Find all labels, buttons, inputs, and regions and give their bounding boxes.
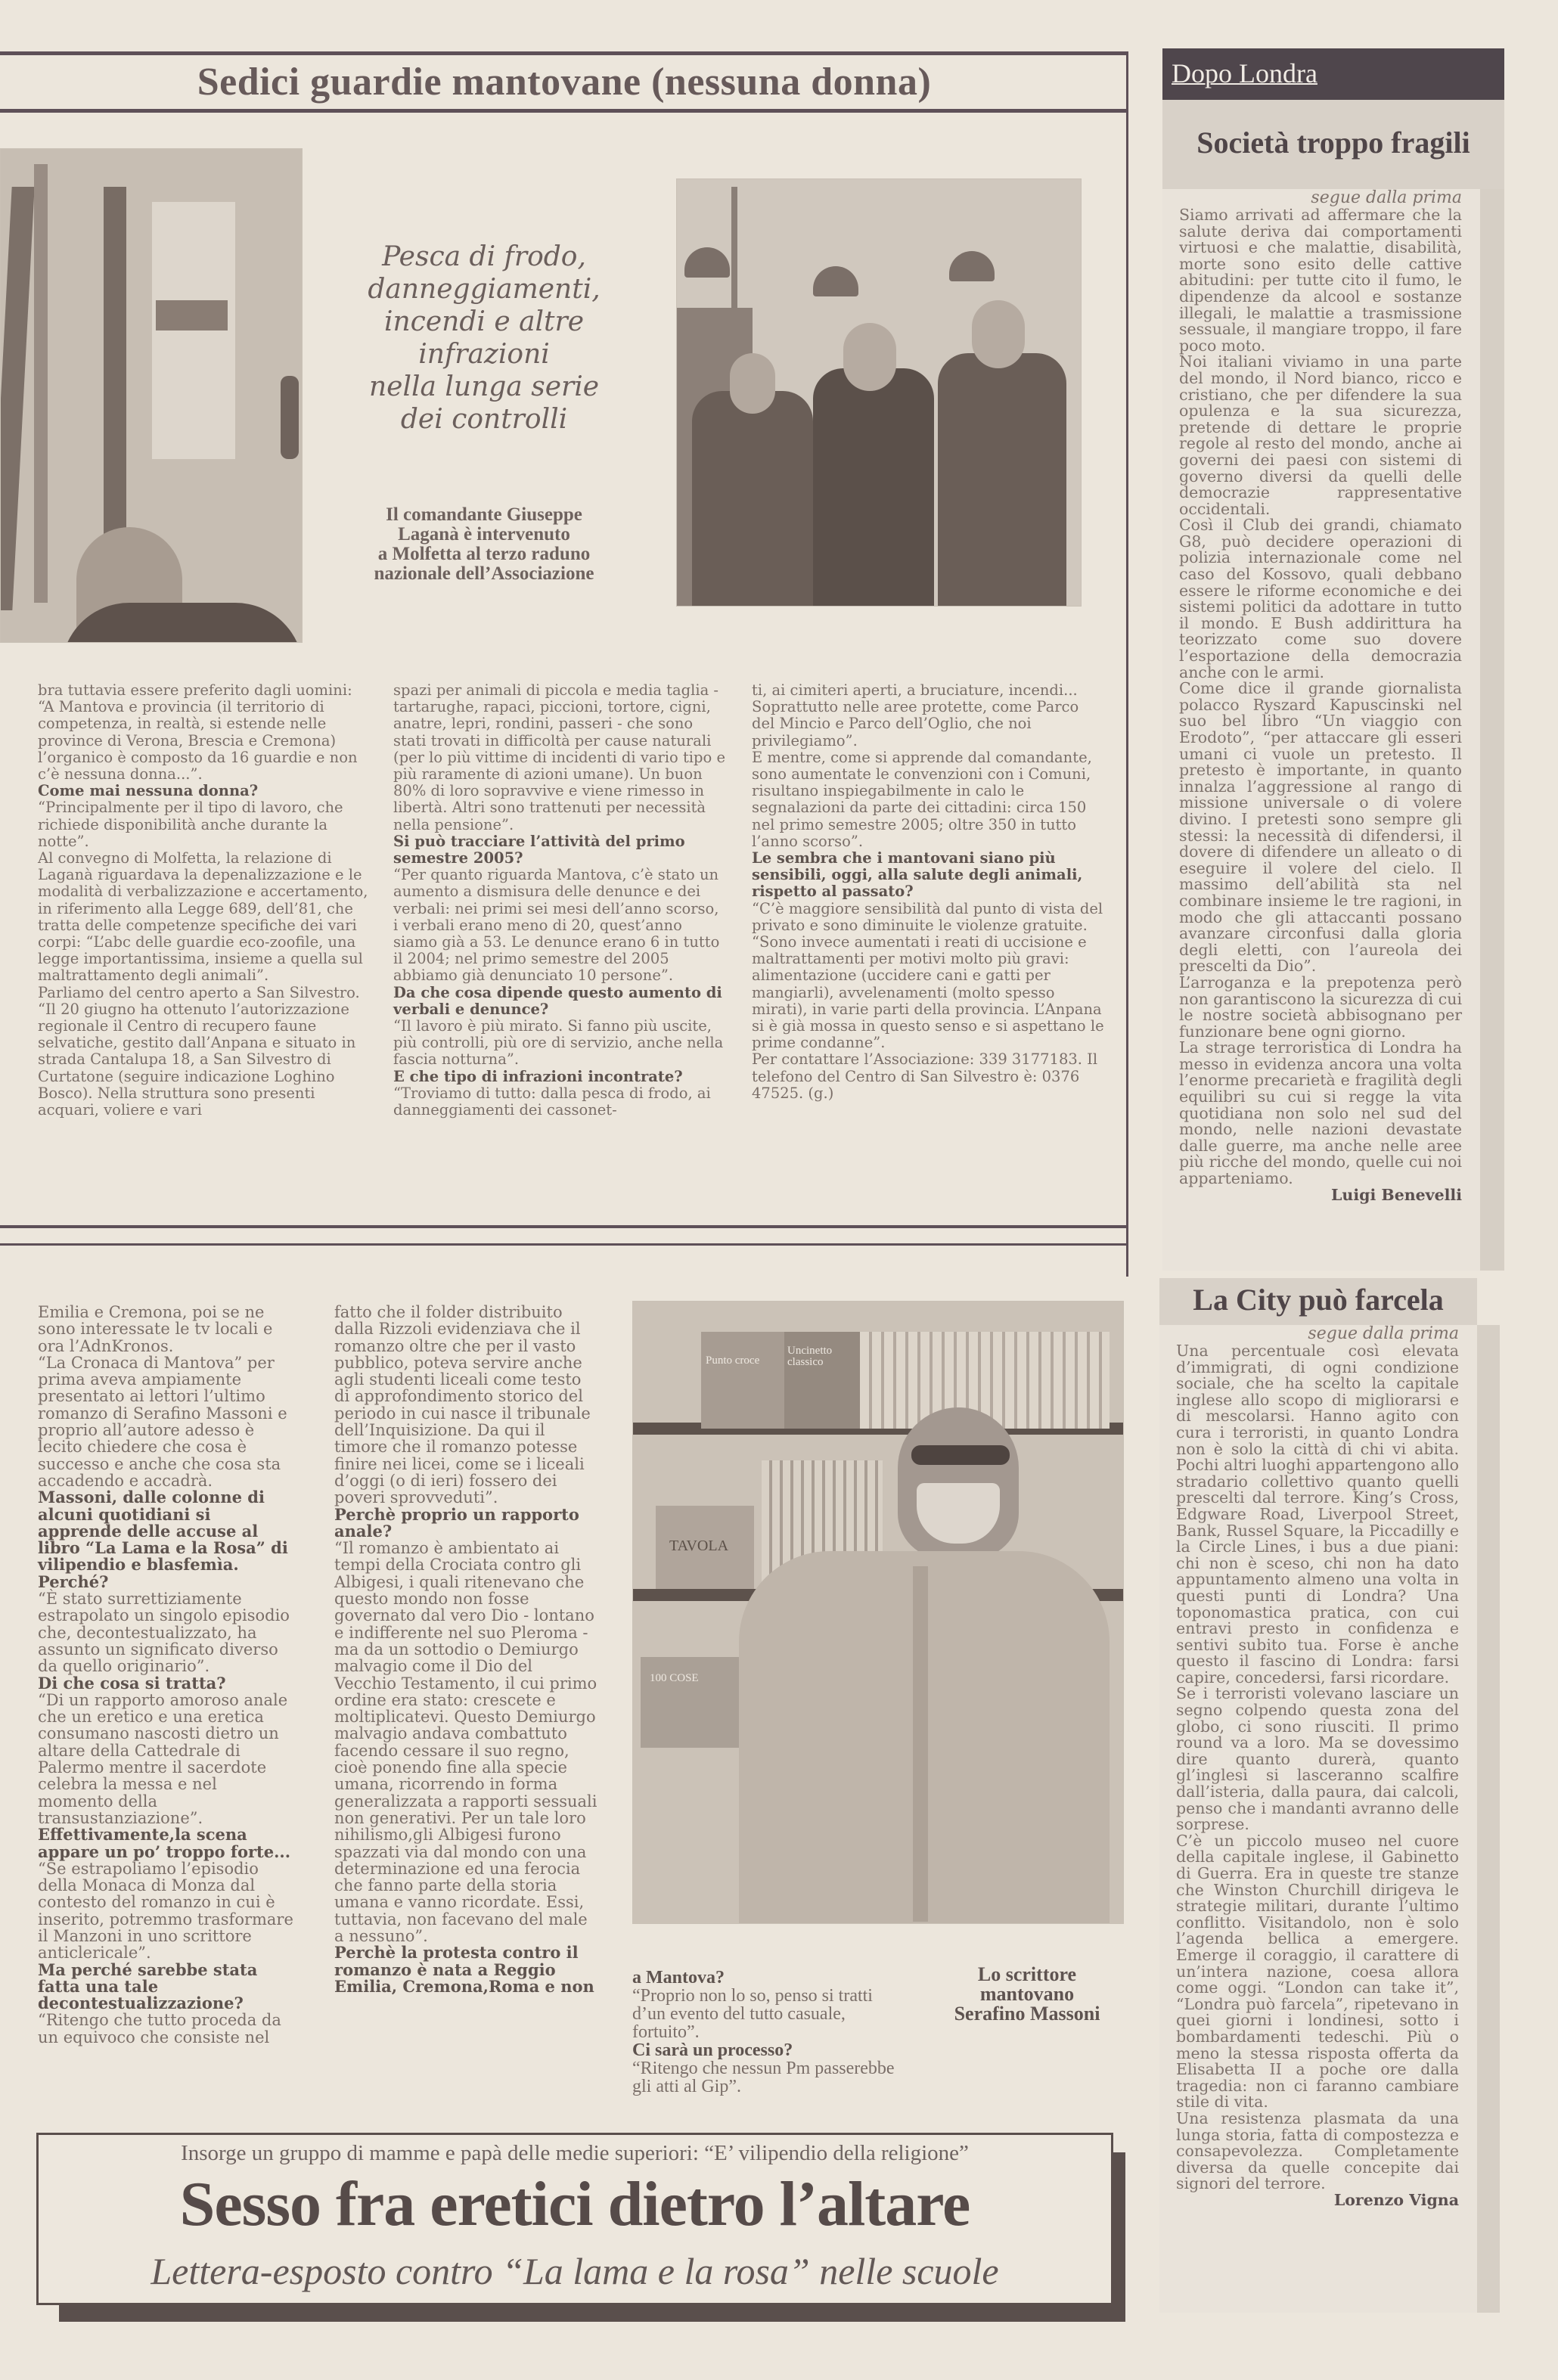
paragraph: “Principalmente per il tipo di lavoro, c… bbox=[38, 799, 371, 850]
paragraph: Una resistenza plasmata da una lunga sto… bbox=[1176, 2111, 1459, 2192]
interview-question: Di che cosa si tratta? bbox=[38, 1675, 295, 1692]
sidebar-shadow bbox=[1480, 189, 1504, 1271]
photo-serafino-massoni: Punto croce Uncinetto classico TAVOLA 10… bbox=[632, 1301, 1124, 1924]
paragraph: “Proprio non lo so, penso si tratti d’un… bbox=[632, 1987, 905, 2041]
paragraph: “Di un rapporto amoroso anale che un ere… bbox=[38, 1692, 295, 1826]
kicker-line: nella lunga serie bbox=[318, 371, 650, 403]
interview-question: Ci sarà un processo? bbox=[632, 2041, 905, 2059]
section-label-bar: Dopo Londra bbox=[1162, 48, 1504, 100]
headline-main: Sesso fra eretici dietro l’altare bbox=[39, 2167, 1111, 2242]
paragraph: Se i terroristi volevano lasciare un seg… bbox=[1176, 1686, 1459, 1832]
paragraph: E mentre, come si apprende dal comandant… bbox=[752, 749, 1104, 850]
paragraph: “Se estrapoliamo l’episodio della Monaca… bbox=[38, 1860, 295, 1962]
paragraph: Parliamo del centro aperto a San Silvest… bbox=[38, 985, 371, 1001]
paragraph: spazi per animali di piccola e media tag… bbox=[393, 682, 726, 833]
sidebar-shadow bbox=[1477, 1325, 1500, 2313]
sidebar-article-1-title: Società troppo fragili bbox=[1162, 126, 1504, 160]
paragraph: bra tuttavia essere preferito dagli uomi… bbox=[38, 682, 371, 783]
top-article-column-3: ti, ai cimiteri aperti, a bruciature, in… bbox=[752, 682, 1104, 1102]
top-photo-caption: Il comandante Giuseppe Laganà è interven… bbox=[318, 505, 650, 584]
paragraph: Emilia e Cremona, poi se ne sono interes… bbox=[38, 1304, 295, 1354]
paragraph: “Il romanzo è ambientato ai tempi della … bbox=[334, 1540, 599, 1944]
photo-commander bbox=[0, 148, 303, 643]
author-photo-caption: Lo scrittore mantovano Serafino Massoni bbox=[935, 1965, 1119, 2024]
caption-line: Lo scrittore bbox=[935, 1965, 1119, 1984]
paragraph: “Sono invece aumentati i reati di uccisi… bbox=[752, 934, 1104, 1051]
paragraph: “È stato surrettiziamente estrapolato un… bbox=[38, 1590, 295, 1674]
paragraph: Al convegno di Molfetta, la relazione di… bbox=[38, 850, 371, 985]
paragraph: Come dice il grande giornalista polacco … bbox=[1179, 681, 1462, 975]
headline-box: Insorge un gruppo di mamme e papà delle … bbox=[36, 2133, 1113, 2305]
paragraph: ti, ai cimiteri aperti, a bruciature, in… bbox=[752, 682, 1104, 749]
paragraph: L’arroganza e la prepotenza però non gar… bbox=[1179, 975, 1462, 1040]
book-label: TAVOLA bbox=[669, 1538, 745, 1556]
kicker-line: dei controlli bbox=[318, 403, 650, 436]
top-article-column-2: spazi per animali di piccola e media tag… bbox=[393, 682, 726, 1119]
interview-question: Le sembra che i mantovani siano più sens… bbox=[752, 850, 1104, 901]
caption-line: Il comandante Giuseppe bbox=[318, 505, 650, 525]
kicker-line: infrazioni bbox=[318, 338, 650, 371]
bottom-article-column-3: a Mantova? “Proprio non lo so, penso si … bbox=[632, 1969, 905, 2096]
author-signature: Luigi Benevelli bbox=[1179, 1187, 1462, 1204]
author-signature: Lorenzo Vigna bbox=[1176, 2192, 1459, 2209]
paragraph: fatto che il folder distribuito dalla Ri… bbox=[334, 1304, 599, 1507]
interview-question: Come mai nessuna donna? bbox=[38, 783, 371, 799]
book-label: 100 COSE bbox=[650, 1672, 725, 1687]
caption-line: nazionale dell’Associazione bbox=[318, 564, 650, 584]
interview-question: Massoni, dalle colonne di alcuni quotidi… bbox=[38, 1489, 295, 1590]
paragraph: “La Cronaca di Mantova” per prima aveva … bbox=[38, 1354, 295, 1489]
paragraph: “Ritengo che nessun Pm passerebbe gli at… bbox=[632, 2059, 905, 2096]
interview-question: E che tipo di infrazioni incontrate? bbox=[393, 1069, 726, 1085]
headline-kicker: Insorge un gruppo di mamme e papà delle … bbox=[39, 2141, 1111, 2166]
top-article-right-border bbox=[1126, 51, 1128, 1277]
interview-question: Perchè proprio un rapporto anale? bbox=[334, 1507, 599, 1541]
sidebar-article-2-body: segue dalla prima Una percentuale così e… bbox=[1159, 1325, 1477, 2313]
top-article-headline: Sedici guardie mantovane (nessuna donna) bbox=[0, 59, 1128, 106]
headline-subhead: Lettera-esposto contro “La lama e la ros… bbox=[39, 2248, 1111, 2294]
paragraph: “Il 20 giugno ha ottenuto l’autorizzazio… bbox=[38, 1001, 371, 1119]
paragraph: “C’è maggiore sensibilità dal punto di v… bbox=[752, 901, 1104, 934]
caption-line: a Molfetta al terzo raduno bbox=[318, 545, 650, 564]
top-article-column-1: bra tuttavia essere preferito dagli uomi… bbox=[38, 682, 371, 1119]
interview-question: a Mantova? bbox=[632, 1969, 905, 1987]
kicker-line: incendi e altre bbox=[318, 306, 650, 338]
paragraph: “Troviamo di tutto: dalla pesca di frodo… bbox=[393, 1085, 726, 1119]
bottom-article-top-rule bbox=[0, 1243, 1128, 1246]
paragraph: Noi italiani viviamo in una parte del mo… bbox=[1179, 354, 1462, 517]
paragraph: La strage terroristica di Londra ha mess… bbox=[1179, 1040, 1462, 1187]
top-article-bottom-rule bbox=[0, 1225, 1128, 1228]
photo-ceremony bbox=[676, 178, 1082, 607]
sidebar-article-1-body: segue dalla prima Siamo arrivati ad affe… bbox=[1162, 189, 1480, 1271]
paragraph: “Ritengo che tutto proceda da un equivoc… bbox=[38, 2012, 295, 2046]
caption-line: Serafino Massoni bbox=[935, 2004, 1119, 2024]
interview-question: Ma perché sarebbe stata fatta una tale d… bbox=[38, 1962, 295, 2012]
sidebar-article-2-title: La City può farcela bbox=[1159, 1283, 1477, 1317]
top-rule bbox=[0, 51, 1128, 55]
segue-label: segue dalla prima bbox=[1179, 189, 1462, 207]
kicker-line: Pesca di frodo, bbox=[318, 240, 650, 273]
paragraph: Siamo arrivati ad affermare che la salut… bbox=[1179, 207, 1462, 354]
paragraph: Così il Club dei grandi, chiamato G8, pu… bbox=[1179, 517, 1462, 681]
bottom-article-column-1: Emilia e Cremona, poi se ne sono interes… bbox=[38, 1304, 295, 2046]
book-label: Uncinetto classico bbox=[787, 1345, 857, 1373]
paragraph: Una percentuale così elevata d’immigrati… bbox=[1176, 1343, 1459, 1686]
bottom-article-column-2: fatto che il folder distribuito dalla Ri… bbox=[334, 1304, 599, 1995]
top-article-kicker: Pesca di frodo, danneggiamenti, incendi … bbox=[318, 240, 650, 436]
book-label: Punto croce bbox=[706, 1354, 778, 1368]
interview-question: Si può tracciare l’attività del primo se… bbox=[393, 833, 726, 867]
caption-line: Laganà è intervenuto bbox=[318, 525, 650, 545]
interview-question: Da che cosa dipende questo aumento di ve… bbox=[393, 985, 726, 1018]
paragraph: C’è un piccolo museo nel cuore della cap… bbox=[1176, 1833, 1459, 2111]
headline-underline-rule bbox=[0, 109, 1128, 113]
kicker-line: danneggiamenti, bbox=[318, 273, 650, 306]
caption-line: mantovano bbox=[935, 1984, 1119, 2004]
interview-question: Effettivamente,la scena appare un po’ tr… bbox=[38, 1826, 295, 1860]
paragraph: Per contattare l’Associazione: 339 31771… bbox=[752, 1051, 1104, 1102]
paragraph: “Per quanto riguarda Mantova, c’è stato … bbox=[393, 867, 726, 984]
section-label: Dopo Londra bbox=[1172, 57, 1317, 89]
segue-label: segue dalla prima bbox=[1176, 1325, 1459, 1343]
interview-question: Perchè la protesta contro il romanzo è n… bbox=[334, 1944, 599, 1995]
paragraph: “Il lavoro è più mirato. Si fanno più us… bbox=[393, 1018, 726, 1069]
